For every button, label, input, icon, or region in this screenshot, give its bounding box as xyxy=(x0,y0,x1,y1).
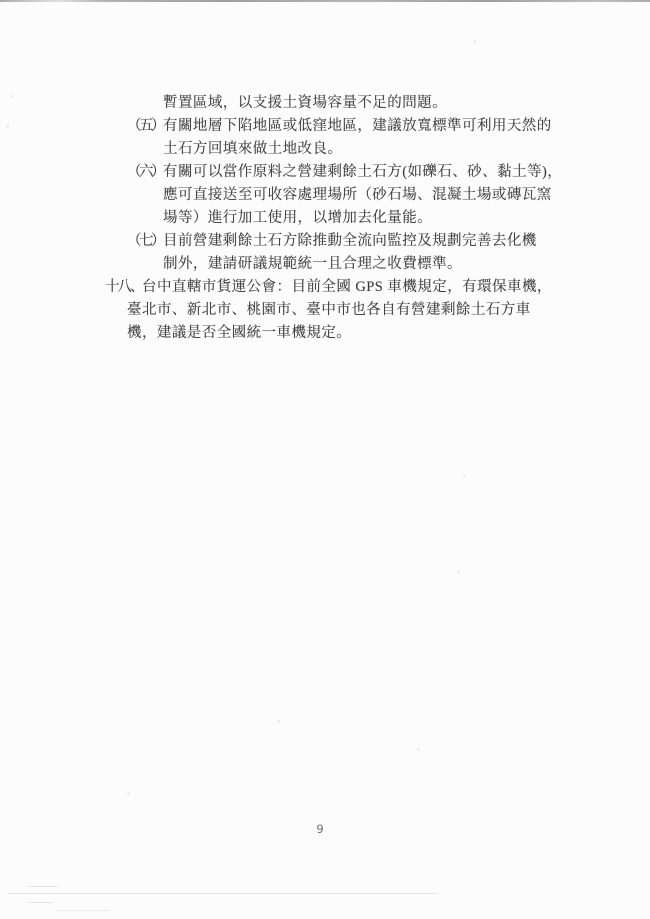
body-text: 有關可以當作原料之營建剩餘土石方(如礫石、砂、黏土等)， xyxy=(163,164,562,180)
list-marker-18: 十八、 xyxy=(105,279,142,296)
document-line: 臺北市、新北市、桃園市、臺中市也各自有營建剩餘土石方車 xyxy=(127,302,531,319)
scan-artifact-speck xyxy=(277,720,280,723)
body-text: 目前營建剩餘土石方除推動全流向監控及規劃完善去化機 xyxy=(163,233,537,249)
list-marker-7: （七） xyxy=(127,233,163,250)
scan-artifact-speck xyxy=(10,95,13,98)
body-text: 制外，建請研議規範統一且合理之收費標準。 xyxy=(163,256,462,272)
document-line: 機，建議是否全國統一車機規定。 xyxy=(127,325,351,342)
document-line: （七）目前營建剩餘土石方除推動全流向監控及規劃完善去化機 xyxy=(127,233,537,250)
document-line: （五）有關地層下陷地區或低窪地區，建議放寬標準可利用天然的 xyxy=(127,118,552,135)
scanner-edge-artifact xyxy=(0,0,650,2)
scanned-document-page: 暫置區域，以支援土資場容量不足的問題。 （五）有關地層下陷地區或低窪地區，建議放… xyxy=(0,0,650,919)
document-line: 暫置區域，以支援土資場容量不足的問題。 xyxy=(163,95,447,112)
scan-artifact-line xyxy=(28,886,58,887)
body-text: 臺北市、新北市、桃園市、臺中市也各自有營建剩餘土石方車 xyxy=(127,302,531,318)
body-text: 有關地層下陷地區或低窪地區，建議放寬標準可利用天然的 xyxy=(163,118,552,134)
scan-artifact-speck xyxy=(6,125,9,128)
scan-artifact-speck xyxy=(473,40,476,43)
page-number: 9 xyxy=(308,822,332,836)
list-marker-6: （六） xyxy=(127,164,163,181)
scan-artifact-speck xyxy=(457,570,460,573)
scan-artifact-speck xyxy=(463,475,466,478)
document-line: （六）有關可以當作原料之營建剩餘土石方(如礫石、砂、黏土等)， xyxy=(127,164,562,181)
scan-artifact-speck xyxy=(127,792,130,795)
scan-artifact-line xyxy=(57,910,109,911)
scan-artifact-line xyxy=(28,902,54,903)
document-line: 土石方回填來做土地改良。 xyxy=(163,141,342,158)
scan-artifact-speck xyxy=(417,748,420,751)
document-line: 十八、台中直轄市貨運公會：目前全國 GPS 車機規定，有環保車機， xyxy=(105,279,552,296)
body-text: 暫置區域，以支援土資場容量不足的問題。 xyxy=(163,95,447,111)
body-text: 土石方回填來做土地改良。 xyxy=(163,141,342,157)
body-text: 場等）進行加工使用，以增加去化量能。 xyxy=(163,210,432,226)
document-line: 應可直接送至可收容處理場所（砂石場、混凝土場或磚瓦窯 xyxy=(163,187,552,204)
body-text: 機，建議是否全國統一車機規定。 xyxy=(127,325,351,341)
list-marker-5: （五） xyxy=(127,118,163,135)
body-text: 應可直接送至可收容處理場所（砂石場、混凝土場或磚瓦窯 xyxy=(163,187,552,203)
document-line: 場等）進行加工使用，以增加去化量能。 xyxy=(163,210,432,227)
scan-artifact-line xyxy=(8,893,438,894)
document-line: 制外，建請研議規範統一且合理之收費標準。 xyxy=(163,256,462,273)
body-text: 台中直轄市貨運公會：目前全國 GPS 車機規定，有環保車機， xyxy=(142,279,552,295)
